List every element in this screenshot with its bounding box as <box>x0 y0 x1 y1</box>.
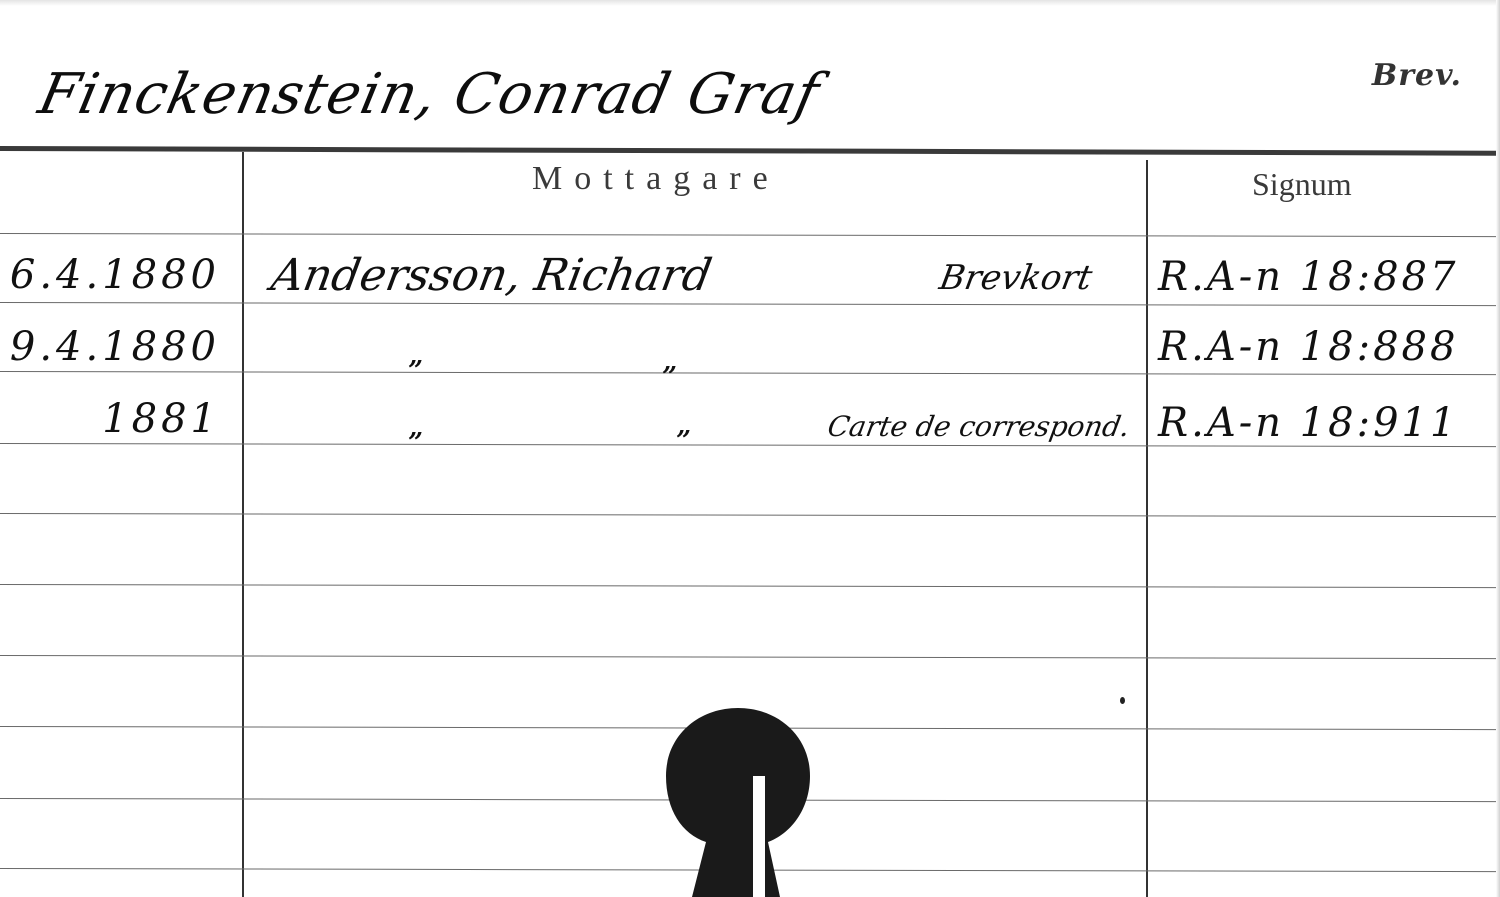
date-column-divider <box>242 152 244 897</box>
ruled-line <box>0 513 1496 517</box>
ruled-line <box>0 655 1496 659</box>
row-2-ditto-mark-forename: ” <box>662 362 677 392</box>
row-3-note: Carte de correspond. <box>825 410 1132 443</box>
row-1-signum: R.A-n 18:887 <box>1158 254 1458 300</box>
ruled-line <box>0 233 1496 237</box>
row-1-recipient: Andersson, Richard <box>268 250 716 301</box>
signum-column-divider <box>1146 160 1148 897</box>
row-1-date: 6.4.1880 <box>10 252 220 298</box>
row-1-note: Brevkort <box>936 258 1095 298</box>
row-2-date: 9.4.1880 <box>10 324 220 370</box>
row-2-signum: R.A-n 18:888 <box>1158 324 1458 370</box>
column-header-signum: Signum <box>1252 166 1352 203</box>
row-3-date: 1881 <box>102 396 220 442</box>
row-2-ditto-mark-surname: ” <box>408 356 423 386</box>
row-3-ditto-mark-forename: ” <box>676 426 691 456</box>
scan-edge-right <box>1496 0 1500 897</box>
punch-hole-icon <box>664 706 812 897</box>
row-3-ditto-mark-surname: ” <box>408 428 423 458</box>
column-header-recipient: Mottagare <box>532 160 780 198</box>
row-3-signum: R.A-n 18:911 <box>1158 400 1458 446</box>
ruled-line <box>0 302 1496 306</box>
ink-spot <box>1120 697 1125 704</box>
heading-name: Finckenstein, Conrad Graf <box>33 62 825 127</box>
ruled-line <box>0 371 1496 375</box>
category-label: Brev. <box>1372 58 1462 93</box>
scan-edge-top <box>0 0 1500 6</box>
ruled-line <box>0 584 1496 588</box>
index-card: Finckenstein, Conrad Graf Brev. Mottagar… <box>0 0 1500 897</box>
heading-rule <box>0 146 1496 156</box>
